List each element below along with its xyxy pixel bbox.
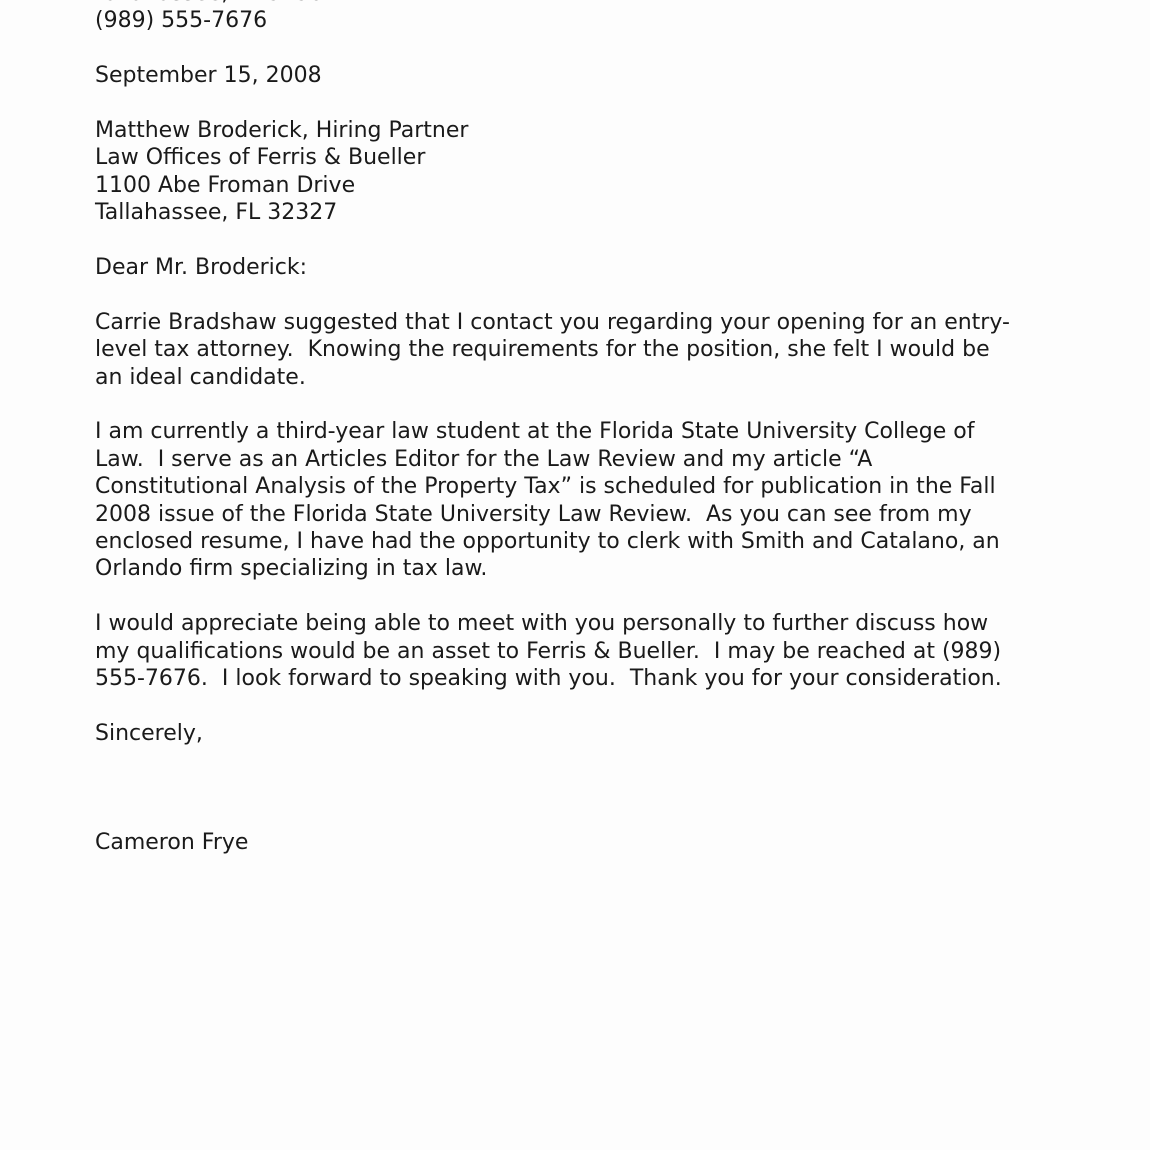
- recipient-address-block: Matthew Broderick, Hiring Partner Law Of…: [95, 117, 1075, 227]
- letter-page: Tallahassee, FL 32301 (989) 555-7676 Sep…: [0, 0, 1150, 1150]
- salutation: Dear Mr. Broderick:: [95, 254, 1075, 281]
- closing: Sincerely,: [95, 720, 1075, 747]
- paragraph-qualifications: I am currently a third-year law student …: [95, 418, 1075, 582]
- paragraph-introduction: Carrie Bradshaw suggested that I contact…: [95, 309, 1075, 391]
- signature-name: Cameron Frye: [95, 829, 1075, 856]
- letter-date: September 15, 2008: [95, 62, 1075, 89]
- sender-address-block: Tallahassee, FL 32301 (989) 555-7676: [95, 0, 1075, 35]
- paragraph-call-to-action: I would appreciate being able to meet wi…: [95, 610, 1075, 692]
- letter-body: Tallahassee, FL 32301 (989) 555-7676 Sep…: [95, 0, 1075, 857]
